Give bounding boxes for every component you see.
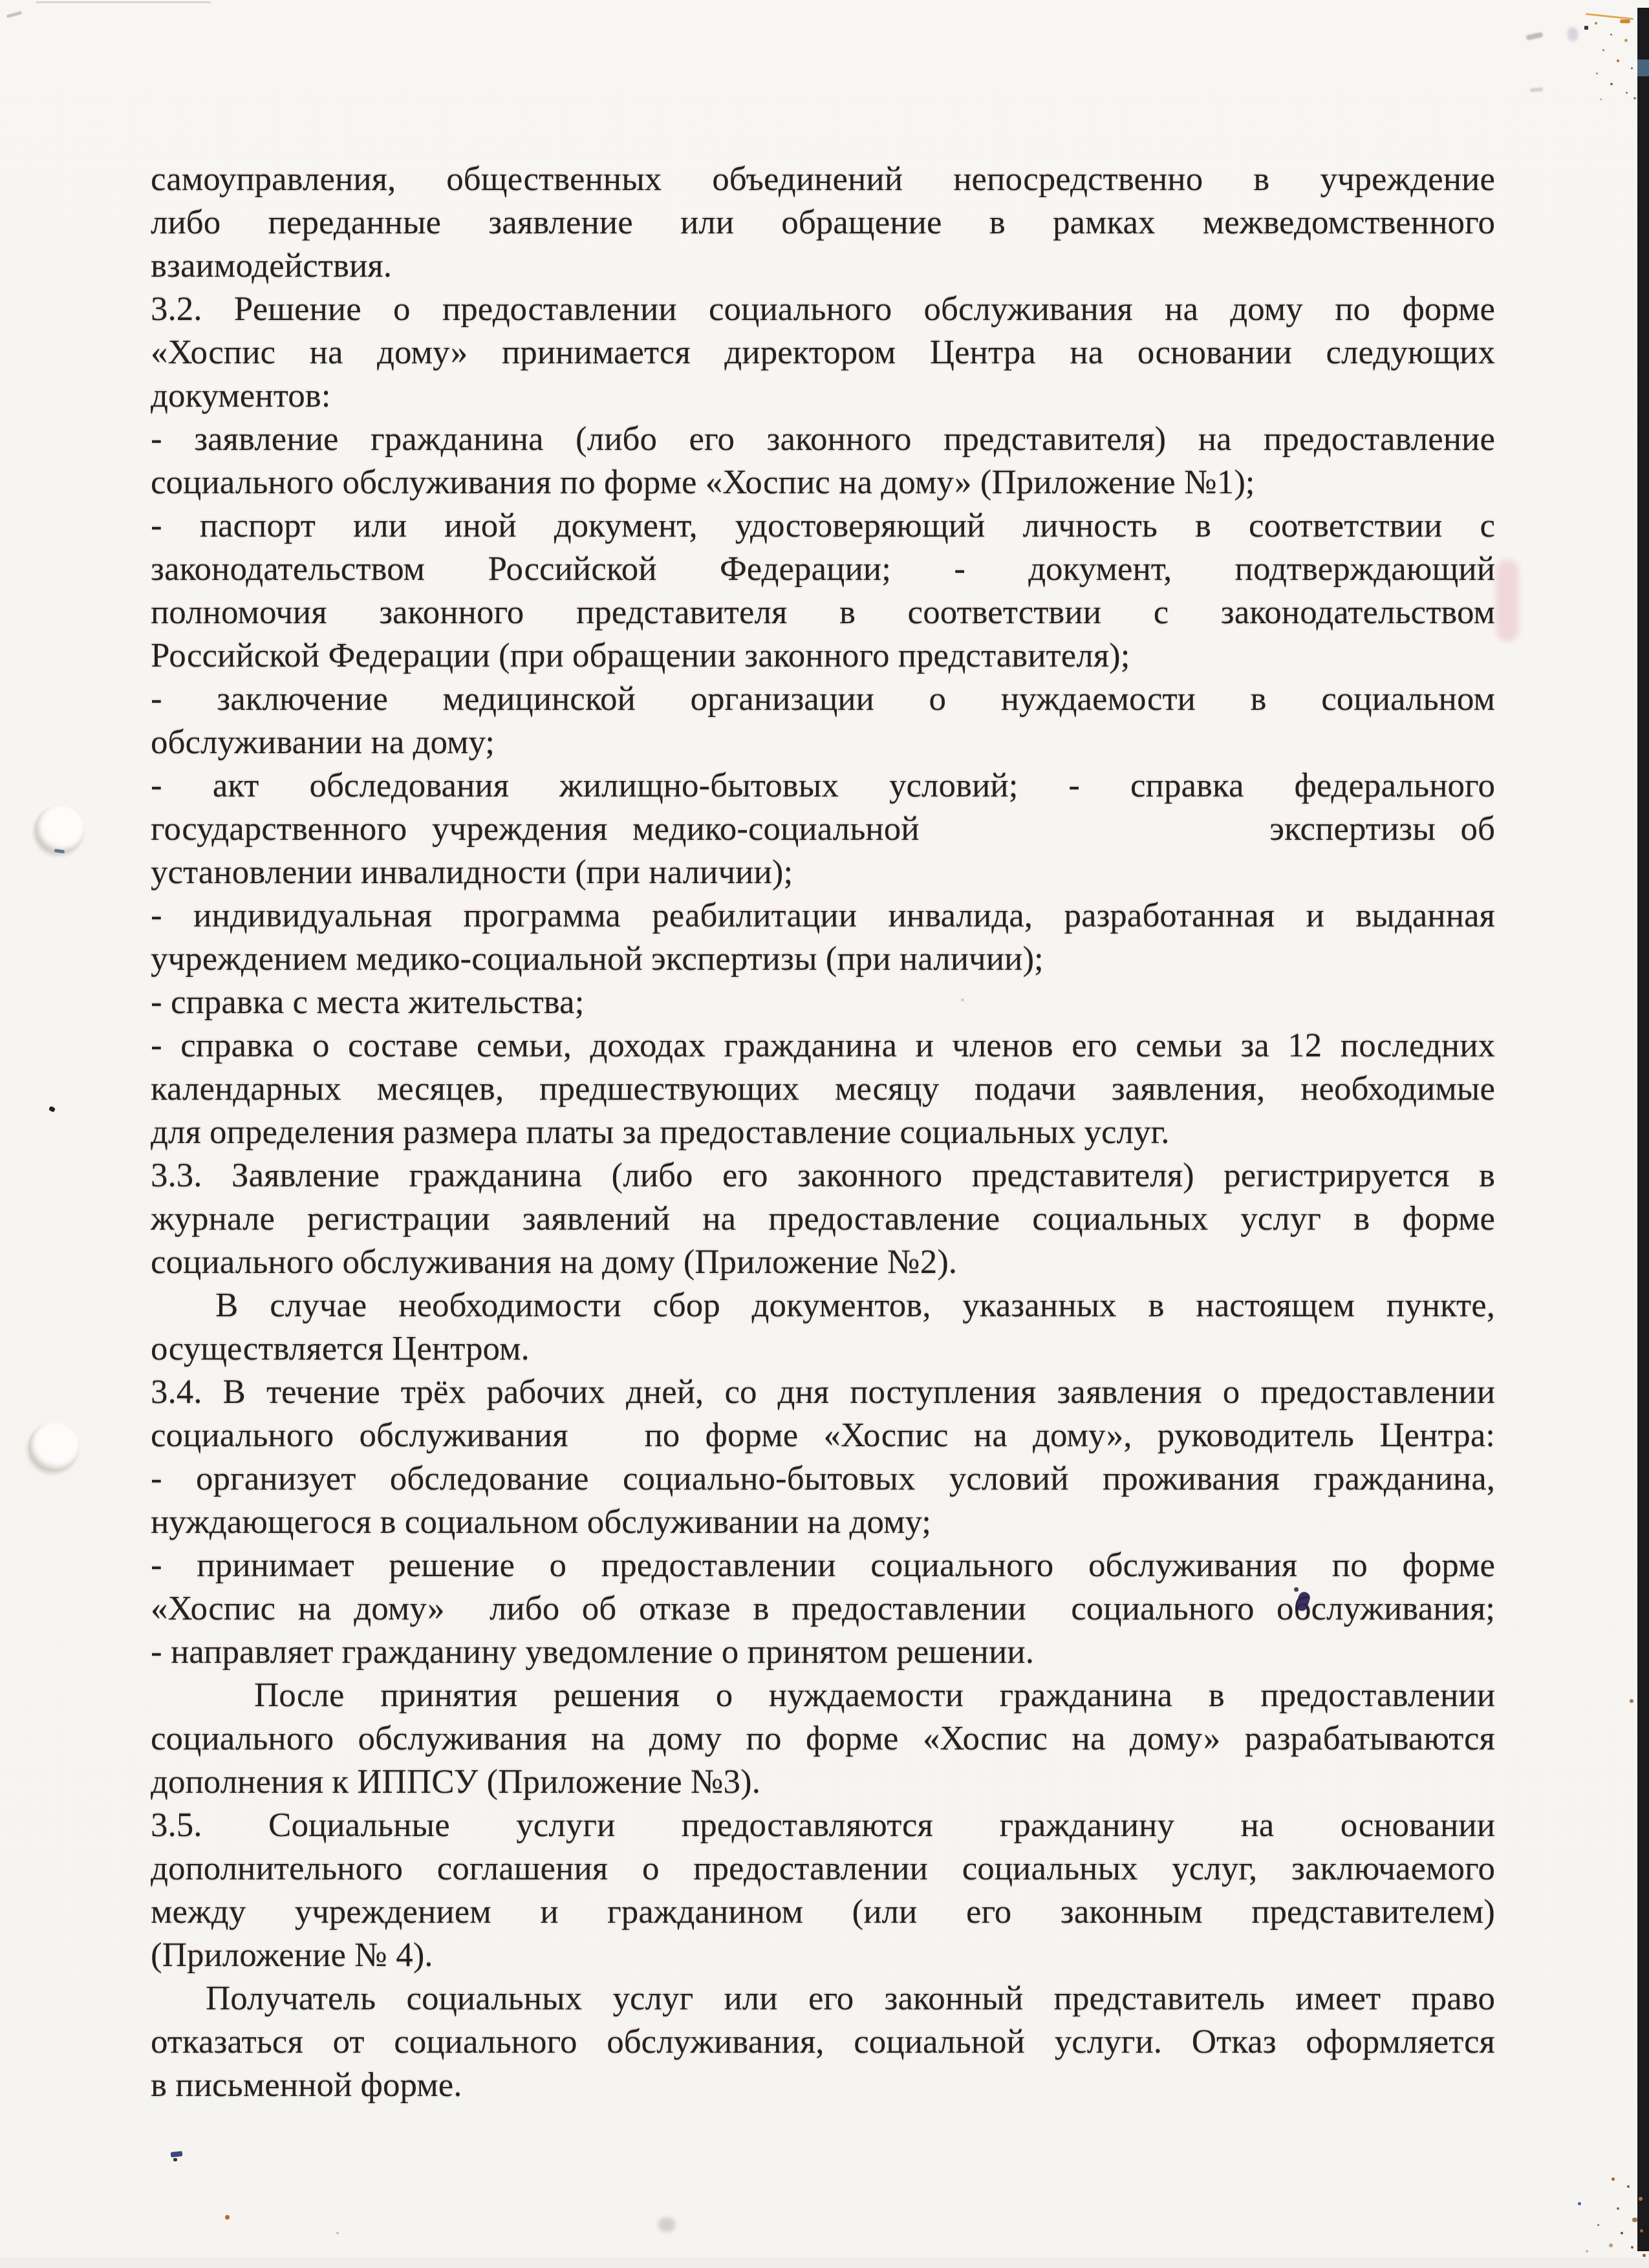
text-line: - справка о составе семьи, доходах гражд… [151, 1024, 1495, 1067]
text-line: отказаться от социального обслуживания, … [151, 2020, 1495, 2064]
text-line: - принимает решение о предоставлении соц… [151, 1544, 1495, 1587]
speck-dot [336, 2232, 339, 2234]
gray-smudge-bottom [658, 2218, 675, 2232]
text-line: между учреждением и гражданином (или его… [151, 1890, 1495, 1934]
speck-dot [1595, 22, 1597, 25]
speck-left-margin [48, 1106, 56, 1113]
paper-bubble-rim-dash [54, 849, 65, 853]
text-line: дополнительного соглашения о предоставле… [151, 1847, 1495, 1890]
rust-dot [1631, 2246, 1633, 2249]
text-line: журнале регистрации заявлений на предост… [151, 1197, 1495, 1241]
rust-dot [1632, 2218, 1637, 2222]
text-line: социального обслуживания по форме «Хоспи… [151, 461, 1495, 504]
text-line: В случае необходимости сбор документов, … [151, 1284, 1495, 1327]
rust-dot [1643, 2254, 1646, 2257]
text-line: полномочия законного представителя в соо… [151, 591, 1495, 634]
text-line: «Хоспис на дому» либо об отказе в предос… [151, 1587, 1495, 1631]
speck-dot [1596, 72, 1598, 74]
text-line: социального обслуживания на дому по форм… [151, 1717, 1495, 1760]
rust-dot [1586, 2250, 1588, 2252]
speck-dot [1602, 49, 1604, 51]
rust-dot [1609, 2243, 1613, 2247]
gray-smudge-top-right-1 [1525, 32, 1543, 40]
speck-dot [1617, 59, 1619, 62]
rust-dot [1627, 2185, 1630, 2188]
text-line: взаимодействия. [151, 244, 1495, 288]
speck-dot [1633, 97, 1636, 100]
text-line: календарных месяцев, предшествующих меся… [151, 1067, 1495, 1111]
rust-dot [1640, 2229, 1643, 2232]
speck-dot [1610, 83, 1613, 85]
text-line: социального обслуживания на дому (Прилож… [151, 1241, 1495, 1284]
speck-dot [1600, 98, 1602, 100]
pink-smudge-right-margin [1496, 560, 1518, 641]
text-line: социального обслуживания по форме «Хоспи… [151, 1414, 1495, 1457]
text-line: либо переданные заявление или обращение … [151, 201, 1495, 244]
text-line: в письменной форме. [151, 2064, 1495, 2107]
speck-dot [1624, 39, 1628, 42]
top-edge-line [36, 1, 211, 3]
text-line: государственного учреждения медико-социа… [151, 808, 1495, 851]
brown-dot-right-margin [1630, 1699, 1633, 1703]
text-line: «Хоспис на дому» принимается директором … [151, 331, 1495, 374]
scratch-dash-top-right [1620, 19, 1630, 23]
blue-dash-bottom-left [171, 2151, 183, 2157]
text-line: - направляет гражданину уведомление о пр… [151, 1631, 1495, 1674]
text-line: 3.3. Заявление гражданина (либо его зако… [151, 1154, 1495, 1197]
paper-bubble-1 [35, 806, 84, 853]
text-line: - заключение медицинской организации о н… [151, 678, 1495, 721]
rust-dot [1597, 2224, 1599, 2226]
text-line: документов: [151, 374, 1495, 418]
paper-bubble-2 [28, 1422, 79, 1471]
document-text: самоуправления, общественных объединений… [151, 158, 1495, 2107]
text-line: Российской Федерации (при обращении зако… [151, 634, 1495, 678]
orange-dot-bottom [225, 2215, 230, 2220]
dark-speck-top-right [1584, 26, 1588, 30]
blue-speck-bottom-right [1578, 2202, 1581, 2205]
text-line: осуществляется Центром. [151, 1327, 1495, 1371]
gray-smudge-top-right-2 [1530, 87, 1543, 92]
text-line: обслуживании на дому; [151, 721, 1495, 764]
text-line: самоуправления, общественных объединений… [151, 158, 1495, 201]
text-line: - справка с места жительства; [151, 981, 1495, 1024]
rust-dot [1611, 2177, 1615, 2181]
text-line: установлении инвалидности (при наличии); [151, 851, 1495, 894]
text-line: нуждающегося в социальном обслуживании н… [151, 1501, 1495, 1544]
lavender-smudge [1568, 27, 1578, 41]
scanner-edge-band [1637, 8, 1649, 2251]
text-line: дополнения к ИППСУ (Приложение №3). [151, 1760, 1495, 1804]
bottom-edge-strip [0, 2258, 1649, 2268]
rust-dot [1617, 2207, 1619, 2210]
text-line: законодательством Российской Федерации; … [151, 548, 1495, 591]
top-left-dash [6, 11, 22, 18]
scratch-line-top-right [1586, 13, 1633, 20]
rust-dot [1639, 2197, 1643, 2201]
scanned-page: самоуправления, общественных объединений… [0, 0, 1649, 2268]
speck-dot [1626, 92, 1628, 94]
text-line: для определения размера платы за предост… [151, 1111, 1495, 1154]
text-line: Получатель социальных услуг или его зако… [151, 1977, 1495, 2020]
speck-dot [1631, 67, 1633, 69]
text-line: После принятия решения о нуждаемости гра… [151, 1674, 1495, 1717]
text-line: - паспорт или иной документ, удостоверяю… [151, 504, 1495, 548]
dark-dot-bottom-left [173, 2158, 177, 2161]
text-line: - индивидуальная программа реабилитации … [151, 894, 1495, 937]
text-line: 3.4. В течение трёх рабочих дней, со дня… [151, 1371, 1495, 1414]
speck-dot [1610, 34, 1612, 36]
text-line: - акт обследования жилищно-бытовых услов… [151, 764, 1495, 808]
text-line: (Приложение № 4). [151, 1934, 1495, 1977]
text-line: - заявление гражданина (либо его законно… [151, 418, 1495, 461]
text-line: учреждением медико-социальной экспертизы… [151, 937, 1495, 981]
scanner-band-blue-patch [1637, 59, 1649, 76]
text-line: - организует обследование социально-быто… [151, 1457, 1495, 1501]
text-line: 3.2. Решение о предоставлении социальног… [151, 288, 1495, 331]
rust-dot [1621, 2232, 1623, 2234]
text-line: 3.5. Социальные услуги предоставляются г… [151, 1804, 1495, 1847]
